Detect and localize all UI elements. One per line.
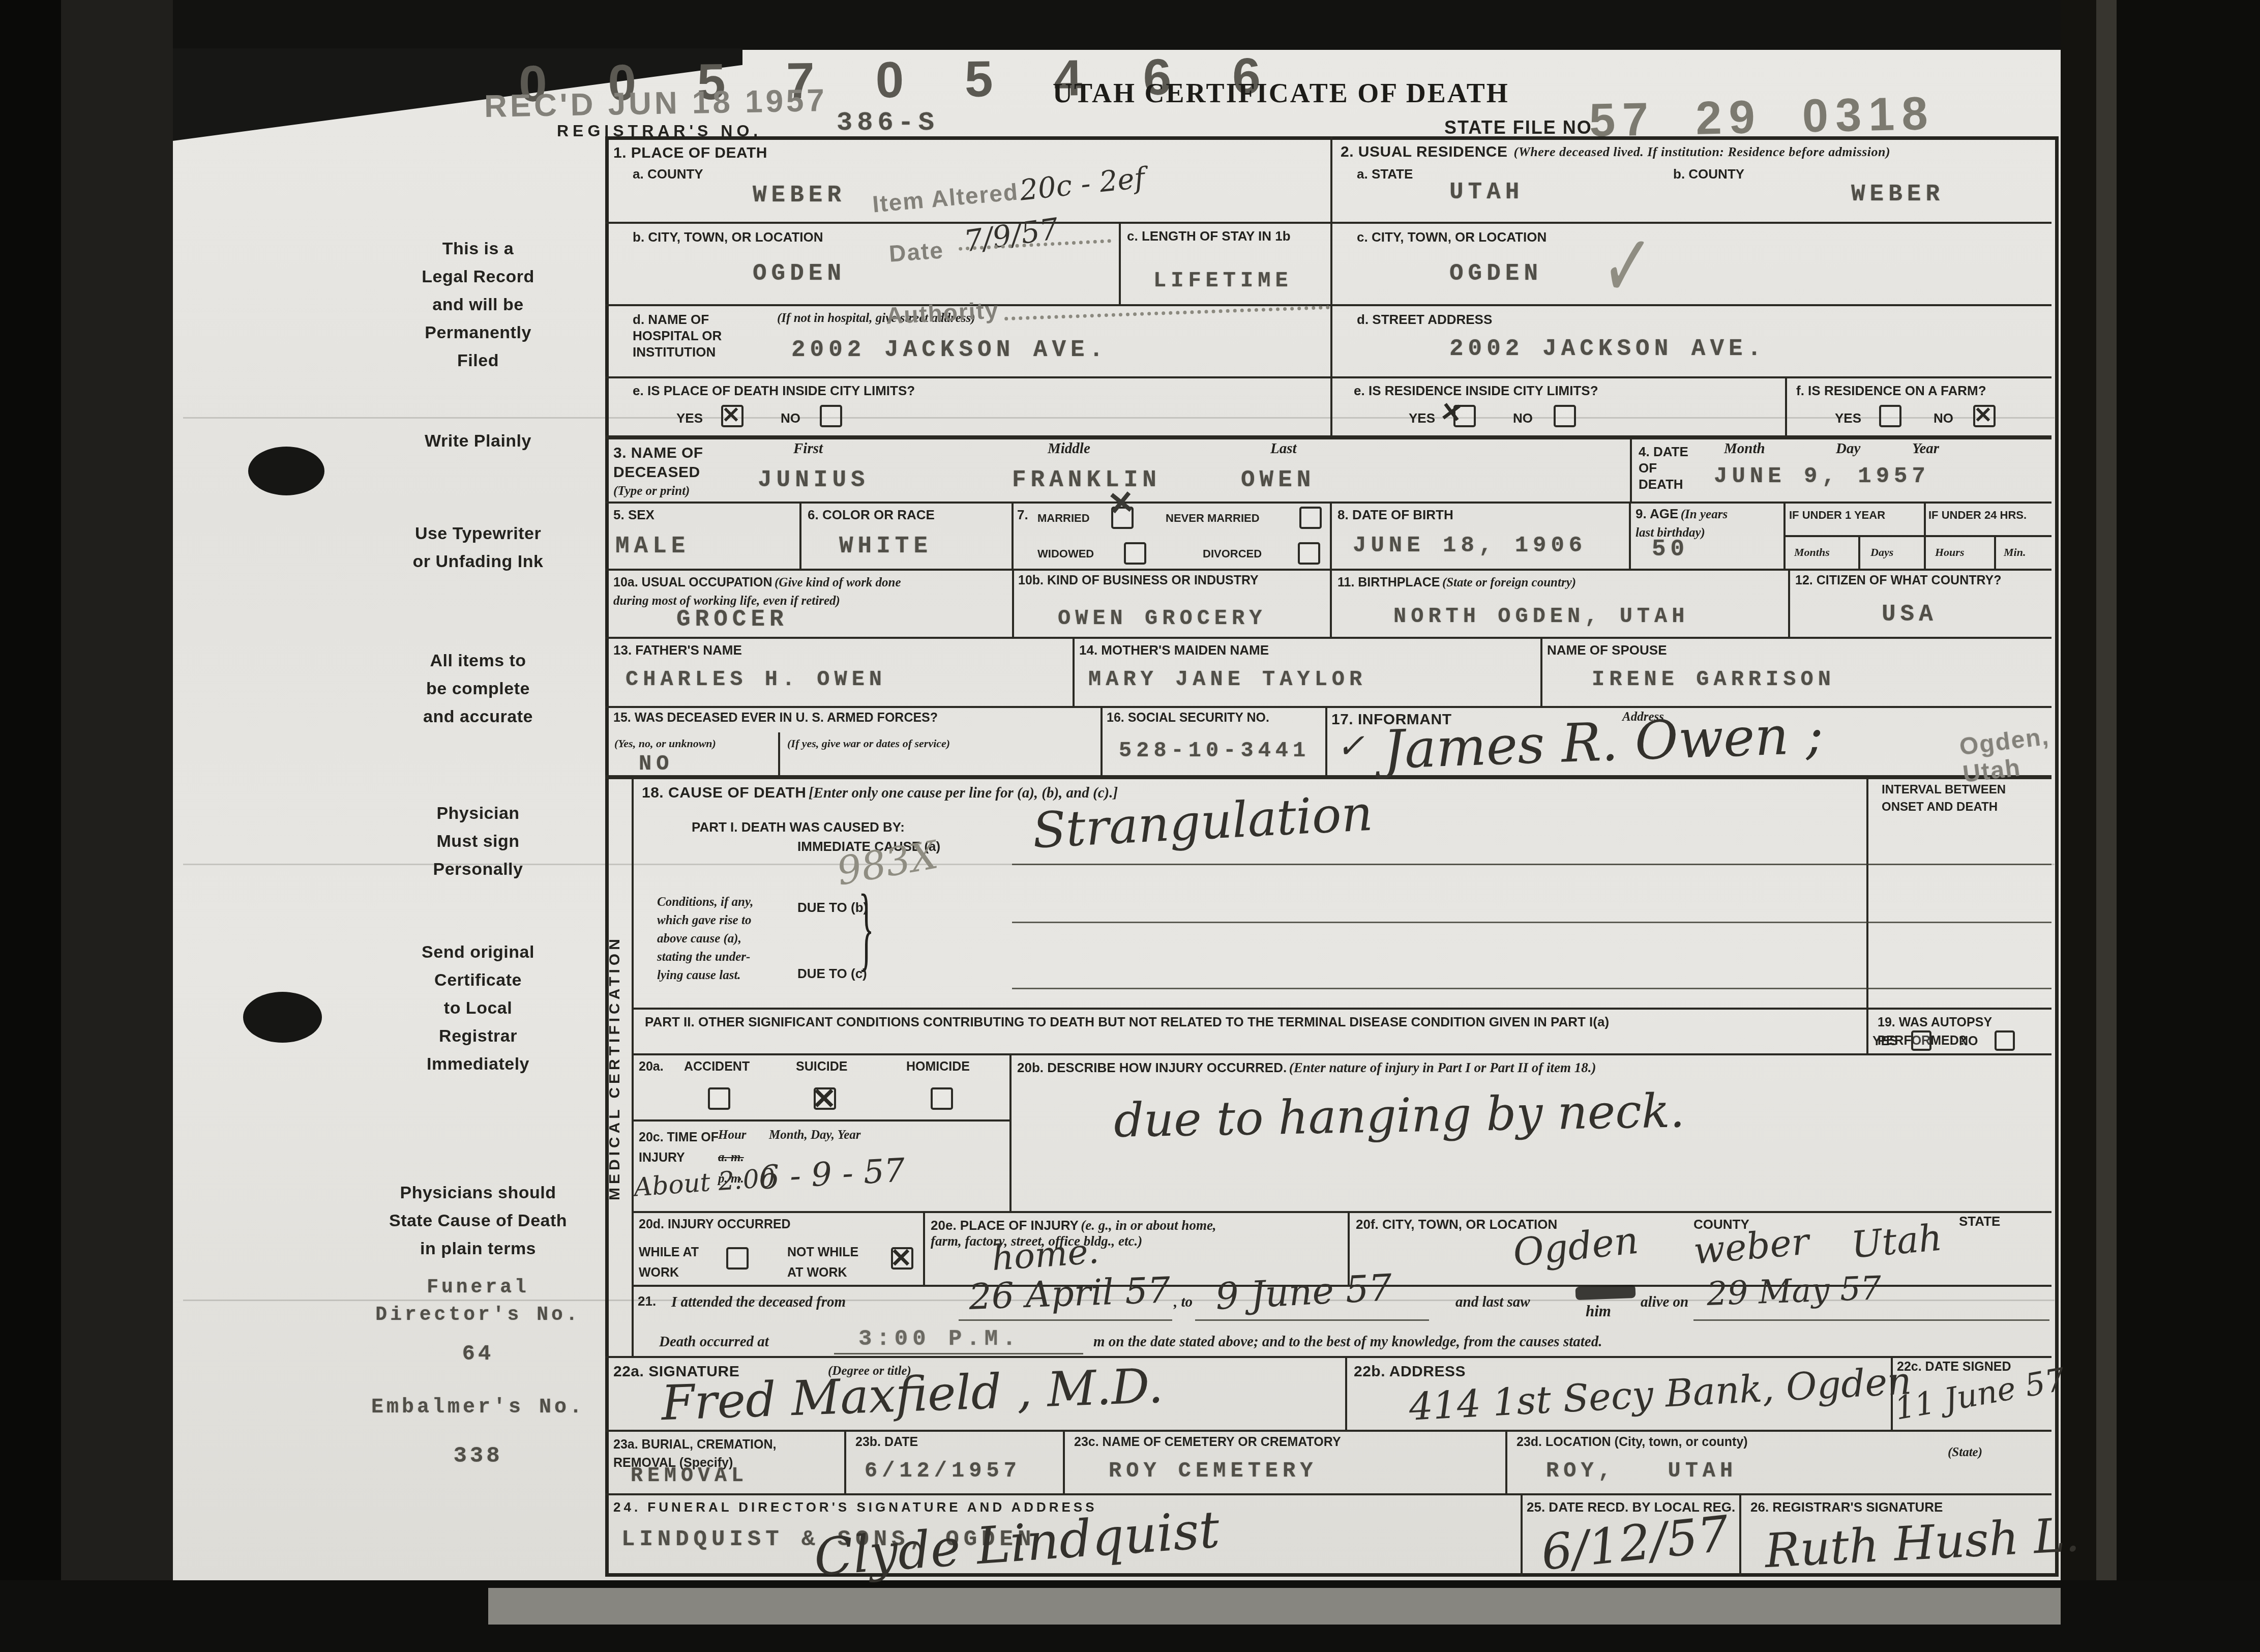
checkbox-autopsy-yes	[1911, 1030, 1931, 1051]
funeral-directors-no-label: Funeral Director's No.	[305, 1274, 651, 1329]
checkbox-accident	[708, 1087, 730, 1110]
grid-line	[605, 222, 2051, 224]
checkbox-residence-farm-yes	[1879, 405, 1901, 427]
am-option: a. m.	[718, 1148, 744, 1167]
scan-edge-left	[0, 0, 173, 1652]
grid-line	[632, 1211, 2051, 1213]
mother-name-value: MARY JANE TAYLOR	[1088, 667, 1366, 692]
burial-location-label: 23d. LOCATION (City, town, or county)	[1516, 1435, 1748, 1449]
sidebar-note-send-original: Send original Certificate to Local Regis…	[325, 938, 631, 1078]
citizen-value: USA	[1882, 601, 1938, 628]
spouse-label: NAME OF SPOUSE	[1547, 642, 1667, 658]
accident-label: ACCIDENT	[684, 1060, 750, 1073]
part1-label: PART I. DEATH WAS CAUSED BY:	[692, 819, 905, 835]
burial-value: REMOVAL	[631, 1465, 748, 1488]
scan-strip	[488, 1588, 2061, 1625]
received-date-stamp: REC'D JUN 18 1957	[484, 82, 827, 125]
death-occurred-text: Death occurred at	[659, 1334, 769, 1350]
grid-line	[1063, 1430, 1065, 1495]
registrars-no-value: 386-S	[837, 108, 939, 138]
grid-line	[1012, 501, 1014, 571]
burial-date-value: 6/12/1957	[865, 1459, 1021, 1483]
birthplace-hint: (State or foreign country)	[1442, 576, 1576, 589]
embalmers-no-label: Embalmer's No.	[305, 1396, 651, 1419]
grid-line	[1012, 569, 1014, 639]
year-header: Year	[1912, 440, 1939, 457]
grid-line	[605, 1356, 2051, 1358]
hours-header: Hours	[1935, 543, 1964, 562]
sex-label: 5. SEX	[613, 507, 655, 523]
race-label: 6. COLOR OR RACE	[808, 507, 935, 523]
grid-line	[1330, 136, 1332, 438]
injury-state-value: Utah	[1850, 1216, 1944, 1266]
sidebar-note-complete: All items to be complete and accurate	[325, 647, 631, 731]
marital-num: 7.	[1017, 507, 1028, 523]
residence-subtitle: (Where deceased lived. If institution: R…	[1514, 142, 1891, 162]
x-mark-icon: ✕	[890, 1243, 912, 1274]
length-of-stay-label: c. LENGTH OF STAY IN 1b	[1127, 228, 1330, 244]
him-text: him	[1586, 1302, 1611, 1320]
citizen-label: 12. CITIZEN OF WHAT COUNTRY?	[1795, 574, 2002, 587]
grid-line	[605, 501, 2051, 504]
checkbox-death-city-limits-yes: ✕	[721, 405, 744, 427]
cause-of-death-hint: [Enter only one cause per line for (a), …	[809, 785, 1118, 801]
cause-line-c	[1012, 988, 2051, 989]
cemetery-label: 23c. NAME OF CEMETERY OR CREMATORY	[1074, 1435, 1341, 1449]
funeral-directors-no: 64	[305, 1342, 651, 1366]
time-of-injury-label: 20c. TIME OF INJURY	[639, 1127, 719, 1168]
sidebar-note-write-plainly: Write Plainly	[325, 431, 631, 451]
grid-line	[632, 1119, 1009, 1122]
hospital-label: d. NAME OF HOSPITAL OR INSTITUTION	[633, 311, 722, 360]
injury-date-value: 6 - 9 - 57	[758, 1152, 906, 1197]
x-mark-icon: ✕	[1974, 402, 1993, 428]
age-label: 9. AGE	[1635, 506, 1678, 521]
death-certificate-scan: This is a Legal Record and will be Perma…	[0, 0, 2260, 1652]
never-married-label: NEVER MARRIED	[1166, 512, 1260, 525]
cause-of-death-label: 18. CAUSE OF DEATH	[642, 784, 807, 801]
min-header: Min.	[2004, 543, 2026, 562]
divorced-label: DIVORCED	[1203, 547, 1262, 560]
pencil-check-icon: ✓	[1599, 211, 1655, 322]
death-city-limits-label: e. IS PLACE OF DEATH INSIDE CITY LIMITS?	[633, 382, 915, 399]
attended-text-1: I attended the deceased from	[671, 1294, 846, 1311]
place-of-injury-label: 20e. PLACE OF INJURY	[931, 1218, 1079, 1233]
residence-city-limits-no-label: NO	[1513, 410, 1533, 426]
underline	[959, 1319, 1172, 1321]
middle-name-header: Middle	[1048, 440, 1090, 457]
grid-line	[1330, 569, 1332, 639]
interval-label: INTERVAL BETWEEN ONSET AND DEATH	[1882, 781, 2006, 816]
days-header: Days	[1870, 543, 1893, 562]
injury-occurred-label: 20d. INJURY OCCURRED	[639, 1218, 791, 1231]
grid-line	[605, 637, 2051, 639]
underline	[1195, 1319, 1429, 1321]
homicide-label: HOMICIDE	[906, 1060, 970, 1073]
checkbox-homicide	[931, 1087, 953, 1110]
age-value: 50	[1652, 536, 1689, 563]
cause-line-b	[1012, 922, 2051, 923]
mother-name-label: 14. MOTHER'S MAIDEN NAME	[1079, 642, 1269, 658]
attended-text-4: alive on	[1641, 1294, 1688, 1311]
sidebar-note-legal-record: This is a Legal Record and will be Perma…	[325, 235, 631, 375]
checkbox-divorced	[1298, 542, 1320, 565]
first-name-header: First	[793, 440, 823, 457]
middle-name-value: FRANKLIN	[1012, 467, 1161, 493]
grid-line	[1739, 1493, 1741, 1577]
grid-line	[1101, 706, 1103, 777]
checkbox-widowed	[1124, 542, 1146, 565]
registrar-signature-label: 26. REGISTRAR'S SIGNATURE	[1750, 1500, 1943, 1514]
spouse-value: IRENE GARRISON	[1592, 667, 1835, 692]
occupation-label: 10a. USUAL OCCUPATION	[613, 575, 772, 589]
autopsy-yes-label: YES	[1872, 1035, 1898, 1048]
x-mark-icon: ✕	[1106, 483, 1137, 523]
place-county-value: WEBER	[753, 182, 846, 209]
grid-line	[1505, 1430, 1507, 1495]
grid-line	[605, 1493, 2051, 1495]
sidebar-note-plain-terms: Physicians should State Cause of Death i…	[300, 1179, 656, 1263]
grid-line	[844, 1430, 846, 1495]
grid-line	[1325, 706, 1327, 777]
birthplace-value: NORTH OGDEN, UTAH	[1393, 604, 1689, 629]
place-city-label: b. CITY, TOWN, OR LOCATION	[633, 229, 823, 245]
checkbox-residence-farm-no: ✕	[1973, 405, 1996, 427]
grid-line	[1866, 775, 1868, 1055]
residence-state-label: a. STATE	[1357, 166, 1413, 182]
day-header: Day	[1836, 440, 1860, 457]
grid-line	[1521, 1493, 1523, 1577]
residence-city-label: c. CITY, TOWN, OR LOCATION	[1357, 229, 1547, 245]
grid-line	[1540, 637, 1542, 708]
type-or-print-hint: (Type or print)	[613, 482, 690, 500]
business-label: 10b. KIND OF BUSINESS OR INDUSTRY	[1018, 574, 1259, 587]
item-21-num: 21.	[638, 1293, 656, 1309]
business-value: OWEN GROCERY	[1058, 606, 1266, 631]
attended-text-3: and last saw	[1455, 1294, 1530, 1311]
grid-line	[632, 1053, 2051, 1055]
residence-city-value: OGDEN	[1449, 260, 1542, 287]
grid-line	[605, 569, 2051, 571]
residence-farm-yes-label: YES	[1835, 410, 1861, 426]
death-city-limits-yes-label: YES	[676, 410, 703, 426]
date-stamp-word: Date	[888, 236, 944, 267]
embalmers-no: 338	[305, 1443, 651, 1469]
grid-line	[605, 706, 2051, 708]
underline	[1693, 1319, 2049, 1321]
informant-city-stamp: Ogden, Utah	[1958, 723, 2054, 789]
checkbox-death-city-limits-no	[820, 405, 842, 427]
grid-line	[1783, 535, 2051, 537]
date-of-birth-label: 8. DATE OF BIRTH	[1337, 507, 1453, 523]
hole-punch	[248, 447, 324, 495]
describe-injury-hint: (Enter nature of injury in Part I or Par…	[1289, 1060, 1596, 1075]
residence-title: 2. USUAL RESIDENCE	[1341, 142, 1508, 162]
burial-date-label: 23b. DATE	[855, 1435, 918, 1449]
grid-line	[1073, 637, 1075, 708]
grid-line	[1345, 1356, 1347, 1432]
death-city-limits-no-label: NO	[781, 410, 800, 426]
conditions-note: Conditions, if any, which gave rise to a…	[657, 893, 753, 985]
death-time-value: 3:00 P.M.	[858, 1326, 1021, 1352]
item-20a-num: 20a.	[639, 1060, 664, 1073]
grid-line	[1994, 535, 1996, 571]
certificate-title: UTAH CERTIFICATE OF DEATH	[1053, 77, 1509, 109]
burial-location-value: ROY, UTAH	[1546, 1459, 1737, 1483]
married-label: MARRIED	[1037, 512, 1090, 525]
date-of-death-label: 4. DATE OF DEATH	[1639, 444, 1688, 492]
residence-street-value: 2002 JACKSON AVE.	[1449, 336, 1766, 362]
if-under-24-hrs-label: IF UNDER 24 HRS.	[1928, 509, 2027, 522]
scan-edge-right	[2061, 0, 2260, 1652]
grid-line	[1009, 1053, 1012, 1213]
place-county-label: a. COUNTY	[633, 166, 703, 182]
place-city-value: OGDEN	[753, 260, 846, 287]
grid-line	[632, 775, 634, 1358]
residence-county-label: b. COUNTY	[1673, 166, 1744, 182]
grid-line	[1630, 435, 1632, 504]
cause-line-a	[1012, 864, 2051, 865]
armed-forces-value: NO	[639, 752, 673, 776]
last-name-value: OWEN	[1241, 467, 1315, 493]
scan-edge-top	[0, 0, 2260, 50]
suicide-label: SUICIDE	[796, 1060, 847, 1073]
underline	[834, 1353, 1083, 1354]
months-header: Months	[1794, 543, 1830, 562]
birthplace-label: 11. BIRTHPLACE	[1337, 575, 1440, 589]
address-label: 22b. ADDRESS	[1354, 1362, 1466, 1381]
not-while-at-work-label: NOT WHILE AT WORK	[787, 1242, 858, 1283]
x-mark-icon: ✕	[1438, 396, 1465, 429]
length-of-stay-value: LIFETIME	[1153, 269, 1293, 293]
race-value: WHITE	[839, 533, 932, 559]
grid-line	[1788, 569, 1790, 639]
residence-county-value: WEBER	[1851, 181, 1944, 208]
ssn-label: 16. SOCIAL SECURITY NO.	[1107, 711, 1269, 724]
grid-line	[1119, 222, 1121, 306]
death-occurred-text-2: m on the date stated above; and to the b…	[1093, 1334, 1602, 1350]
month-day-year-header: Month, Day, Year	[769, 1126, 861, 1144]
due-to-c-label: DUE TO (c)	[797, 965, 867, 982]
due-to-b-label: DUE TO (b)	[797, 899, 868, 916]
checkbox-residence-city-limits-no	[1554, 405, 1576, 427]
hospital-value: 2002 JACKSON AVE.	[791, 337, 1108, 363]
injury-state-header: STATE	[1959, 1215, 2000, 1228]
date-of-birth-value: JUNE 18, 1906	[1353, 533, 1587, 558]
grid-line	[605, 435, 2051, 439]
checkbox-autopsy-no	[1995, 1030, 2015, 1051]
residence-city-limits-yes-label: YES	[1409, 410, 1435, 426]
date-of-death-value: JUNE 9, 1957	[1714, 464, 1930, 489]
place-of-death-title: 1. PLACE OF DEATH	[613, 143, 767, 163]
armed-forces-label: 15. WAS DECEASED EVER IN U. S. ARMED FOR…	[613, 711, 938, 724]
grid-line	[1924, 501, 1926, 571]
x-mark-icon: ✕	[812, 1081, 837, 1116]
last-seen-value: 29 May 57	[1706, 1270, 1882, 1313]
grid-line	[605, 376, 2051, 378]
describe-injury-value: due to hanging by neck.	[1113, 1083, 1685, 1148]
cemetery-value: ROY CEMETERY	[1109, 1459, 1317, 1483]
describe-injury-label: 20b. DESCRIBE HOW INJURY OCCURRED.	[1017, 1060, 1287, 1075]
sidebar-note-typewriter: Use Typewriter or Unfading Ink	[310, 520, 646, 576]
funeral-director-label: 24. FUNERAL DIRECTOR'S SIGNATURE AND ADD…	[613, 1500, 1097, 1514]
sidebar-note-physician-sign: Physician Must sign Personally	[325, 800, 631, 883]
medical-certification-strip: MEDICAL CERTIFICATION	[606, 783, 632, 1353]
burial-state-hint: (State)	[1948, 1443, 1982, 1462]
residence-state-value: UTAH	[1449, 179, 1524, 205]
checkbox-not-while-at-work: ✕	[891, 1247, 913, 1270]
residence-farm-label: f. IS RESIDENCE ON A FARM?	[1796, 382, 1986, 399]
date-signed-label: 22c. DATE SIGNED	[1897, 1360, 2011, 1373]
checkbox-while-at-work	[726, 1247, 749, 1270]
correction-smudge	[1575, 1285, 1636, 1300]
grid-line	[778, 732, 780, 777]
part2-label: PART II. OTHER SIGNIFICANT CONDITIONS CO…	[645, 1015, 1830, 1028]
state-file-no-label: STATE FILE NO.	[1444, 118, 1598, 137]
father-name-value: CHARLES H. OWEN	[626, 667, 886, 692]
sex-value: MALE	[615, 533, 690, 559]
attended-from-value: 26 April 57	[968, 1269, 1171, 1318]
grid-line	[1629, 501, 1631, 571]
month-header: Month	[1724, 440, 1765, 457]
grid-line	[1330, 501, 1332, 571]
widowed-label: WIDOWED	[1037, 547, 1094, 560]
armed-forces-hint2: (If yes, give war or dates of service)	[787, 734, 950, 753]
residence-street-label: d. STREET ADDRESS	[1357, 311, 1492, 328]
checkbox-never-married	[1299, 507, 1322, 529]
residence-farm-no-label: NO	[1934, 410, 1953, 426]
grid-line	[799, 501, 801, 571]
residence-city-limits-label: e. IS RESIDENCE INSIDE CITY LIMITS?	[1354, 382, 1598, 399]
autopsy-no-label: NO	[1959, 1035, 1978, 1048]
informant-check-icon: ✓	[1336, 726, 1364, 765]
father-name-label: 13. FATHER'S NAME	[613, 642, 742, 658]
x-mark-icon: ✕	[722, 402, 740, 428]
grid-line	[923, 1211, 925, 1287]
grid-line	[1785, 376, 1787, 437]
grid-line	[605, 775, 2051, 779]
hour-header: Hour	[718, 1126, 747, 1144]
ssn-value: 528-10-3441	[1119, 739, 1310, 763]
hole-punch	[243, 992, 322, 1043]
attended-text-2: , to	[1174, 1294, 1193, 1311]
grid-line	[1783, 501, 1786, 571]
grid-line	[605, 1430, 2051, 1432]
grid-line	[1858, 535, 1860, 571]
while-at-work-label: WHILE AT WORK	[639, 1242, 699, 1283]
checkbox-suicide: ✕	[814, 1087, 836, 1110]
first-name-value: JUNIUS	[758, 467, 870, 493]
armed-forces-hint1: (Yes, no, or unknown)	[614, 734, 716, 753]
grid-line	[632, 1008, 2051, 1010]
name-of-deceased-label: 3. NAME OF DECEASED	[613, 444, 703, 482]
last-name-header: Last	[1270, 440, 1297, 457]
if-under-1-year-label: IF UNDER 1 YEAR	[1789, 509, 1885, 522]
injury-city-label: 20f. CITY, TOWN, OR LOCATION	[1356, 1218, 1557, 1231]
medical-certification-label: MEDICAL CERTIFICATION	[606, 783, 623, 1353]
occupation-value: GROCER	[676, 606, 788, 633]
